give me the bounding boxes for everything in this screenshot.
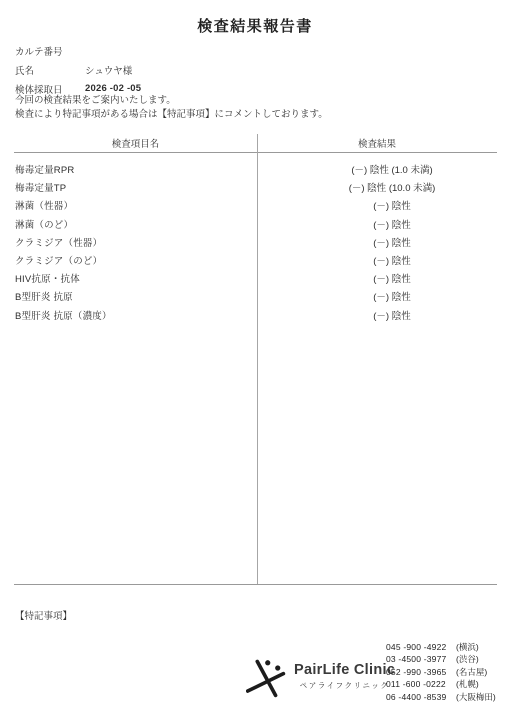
phone-location: (渋谷) [456, 653, 479, 665]
clinic-name-kana: ペアライフクリニック [294, 680, 395, 691]
results-table-header: 検査項目名 検査結果 [0, 133, 510, 152]
table-row: クラミジア（性器） (－) 陰性 [0, 233, 510, 251]
test-item-name: クラミジア（性器） [0, 235, 257, 249]
test-result: (－) 陰性 [272, 235, 510, 249]
test-item-name: クラミジア（のど） [0, 253, 257, 267]
phone-number: 06 -4400 -8539 [386, 691, 456, 703]
test-item-name: B型肝炎 抗原 [0, 289, 257, 303]
test-item-name: 淋菌（性器） [0, 198, 257, 212]
intro-line-2: 検査により特記事項がある場合は【特記事項】にコメントしております。 [15, 108, 495, 122]
page-title: 検査結果報告書 [0, 15, 510, 36]
special-notes-heading: 【特記事項】 [15, 608, 72, 622]
test-result: (－) 陰性 [272, 289, 510, 303]
test-result: (－) 陰性 [272, 198, 510, 212]
phone-row: 011 -600 -0222 (札幌) [386, 678, 496, 690]
phone-location: (名古屋) [456, 666, 487, 678]
test-result: (－) 陰性 [272, 217, 510, 231]
phone-location: (大阪梅田) [456, 691, 496, 703]
test-item-name: 淋菌（のど） [0, 217, 257, 231]
pairlife-logo-icon [246, 657, 286, 699]
table-row: 淋菌（性器） (－) 陰性 [0, 196, 510, 214]
intro-text: 今回の検査結果をご案内いたします。 検査により特記事項がある場合は【特記事項】に… [15, 94, 495, 121]
patient-name-row: 氏名 シュウヤ様 [15, 60, 495, 79]
test-result: (－) 陰性 [272, 271, 510, 285]
test-result: (－) 陰性 (10.0 未満) [272, 180, 510, 194]
results-table: 梅毒定量RPR (－) 陰性 (1.0 未満) 梅毒定量TP (－) 陰性 (1… [0, 160, 510, 324]
table-row: B型肝炎 抗原 (－) 陰性 [0, 287, 510, 305]
patient-name-label: 氏名 [15, 63, 85, 77]
phone-row: 06 -4400 -8539 (大阪梅田) [386, 691, 496, 703]
report-page: 検査結果報告書 カルテ番号 氏名 シュウヤ様 検体採取日 2026 -02 -0… [0, 0, 510, 712]
table-row: HIV抗原・抗体 (－) 陰性 [0, 269, 510, 287]
clinic-logo: PairLife Clinic ペアライフクリニック [246, 653, 395, 699]
sample-date-value: 2026 -02 -05 [85, 83, 141, 94]
karte-number-label: カルテ番号 [15, 44, 85, 58]
intro-line-1: 今回の検査結果をご案内いたします。 [15, 94, 495, 108]
karte-number-row: カルテ番号 [15, 41, 495, 60]
test-result: (－) 陰性 (1.0 未満) [272, 162, 510, 176]
clinic-name: PairLife Clinic [294, 662, 395, 678]
table-row: 淋菌（のど） (－) 陰性 [0, 215, 510, 233]
phone-number: 045 -900 -4922 [386, 641, 456, 653]
phone-number: 03 -4500 -3977 [386, 653, 456, 665]
table-row: 梅毒定量TP (－) 陰性 (10.0 未満) [0, 178, 510, 196]
clinic-phone-list: 045 -900 -4922 (横浜) 03 -4500 -3977 (渋谷) … [386, 641, 496, 703]
column-header-test-item: 検査項目名 [0, 136, 257, 150]
phone-location: (横浜) [456, 641, 479, 653]
table-row: 梅毒定量RPR (－) 陰性 (1.0 未満) [0, 160, 510, 178]
phone-row: 052 -990 -3965 (名古屋) [386, 666, 496, 678]
test-item-name: HIV抗原・抗体 [0, 271, 257, 285]
clinic-logo-text: PairLife Clinic ペアライフクリニック [294, 662, 395, 691]
table-bottom-line [14, 584, 497, 585]
phone-row: 045 -900 -4922 (横浜) [386, 641, 496, 653]
header-divider-line [14, 152, 497, 153]
table-row: B型肝炎 抗原（濃度） (－) 陰性 [0, 306, 510, 324]
patient-info: カルテ番号 氏名 シュウヤ様 検体採取日 2026 -02 -05 [15, 41, 495, 98]
test-result: (－) 陰性 [272, 253, 510, 267]
test-item-name: B型肝炎 抗原（濃度） [0, 308, 257, 322]
phone-number: 011 -600 -0222 [386, 678, 456, 690]
patient-name-value: シュウヤ様 [85, 63, 132, 77]
table-row: クラミジア（のど） (－) 陰性 [0, 251, 510, 269]
column-header-test-result: 検査結果 [257, 136, 497, 150]
phone-row: 03 -4500 -3977 (渋谷) [386, 653, 496, 665]
test-item-name: 梅毒定量RPR [0, 162, 257, 176]
test-item-name: 梅毒定量TP [0, 180, 257, 194]
phone-number: 052 -990 -3965 [386, 666, 456, 678]
phone-location: (札幌) [456, 678, 479, 690]
test-result: (－) 陰性 [272, 308, 510, 322]
